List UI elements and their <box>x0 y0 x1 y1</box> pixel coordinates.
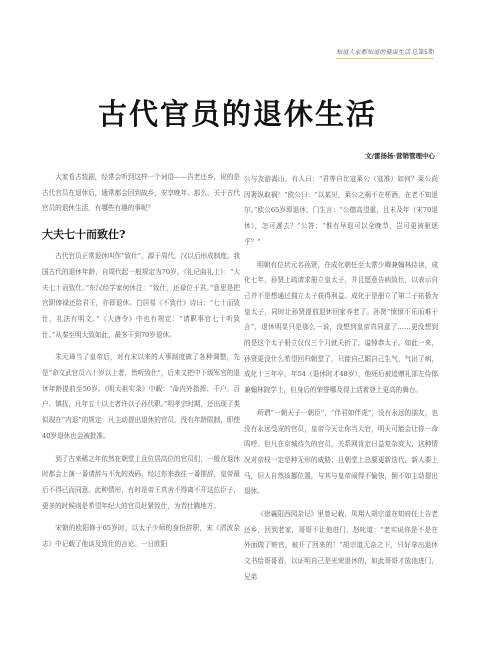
right-column: 公与友游嵩山，有人曰：“君等自比寇莱公（寇准）如何？莱公尚因奢纵取祸！”欧公曰：… <box>244 172 438 593</box>
body-paragraph: 朱元璋当了皇帝后，对有宋以来的人事制度做了各种调整，先是“命文武官员六十岁以上者… <box>42 350 240 444</box>
body-paragraph: 明朝有位状元名孙贤，在成化朝任至太常少卿兼翰林侍读，成化七年，孙贤上疏请求册立皇… <box>244 258 438 399</box>
body-paragraph: 公与友游嵩山，有人曰：“君等自比寇莱公（寇准）如何？莱公尚因奢纵取祸！”欧公曰：… <box>244 172 438 251</box>
left-column: 大家看古装剧，经常会听到这样一个词语——告老还乡，说的是古代官员在退休后，通常都… <box>42 170 240 560</box>
magazine-name: 知道大家都知道的健康生活 <box>336 47 410 56</box>
issue-number: 总第5期 <box>412 47 434 56</box>
intro-paragraph: 大家看古装剧，经常会听到这样一个词语——告老还乡，说的是古代官员在退休后，通常都… <box>42 170 240 217</box>
body-paragraph: 所谓“一朝天子一朝臣”，“伴君如伴虎”，没有永远的朋友，也没有永远受宠的官员，皇… <box>244 406 438 500</box>
body-paragraph: 《徐襄阳西园杂记》里曾记载，凤翔人胡宗道在知府任上告老还乡，回到老家，哥哥不让他… <box>244 507 438 586</box>
section-heading: 大夫七十而致仕? <box>42 227 240 243</box>
article-byline: 文/雷扬扬·营销管理中心 <box>365 151 435 160</box>
article-title: 古代官员的退休生活 <box>98 92 398 133</box>
running-header: 知道大家都知道的健康生活 总第5期 <box>336 44 434 59</box>
body-paragraph: 宋朝的欧阳修于65岁时，以太子少师的身份辞职，宋《清波杂志》中记载了他谈及致仕的… <box>42 521 240 552</box>
body-paragraph: 古代官员正常退休叫作“致仕”，源于周代，汉以后形成制度。我国古代的退休年龄，自周… <box>42 249 240 343</box>
body-paragraph: 到了古来稀之年依然在朝堂上且位居高位的官员们，一般在退休时都会上演一番请辞与不允… <box>42 452 240 515</box>
